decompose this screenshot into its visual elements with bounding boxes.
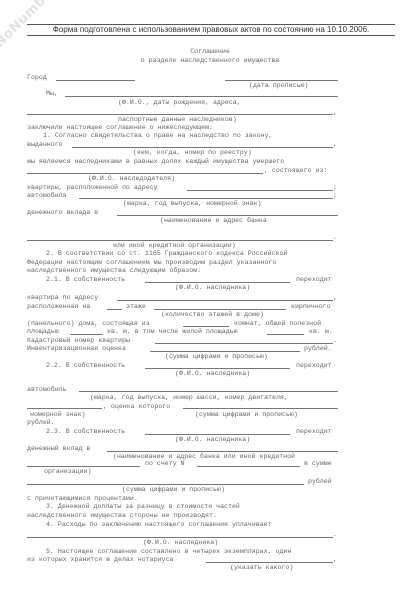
p3-text: 3. Денежной доплаты за разницу в стоимос… <box>46 503 240 511</box>
notary-hint: (указать какого) <box>230 564 293 572</box>
floor-field[interactable] <box>107 309 122 310</box>
apartment-label: квартиры, расположенной по адресу <box>27 184 158 192</box>
deposit-sum-field[interactable] <box>27 484 304 485</box>
area-label: площадью <box>27 328 59 336</box>
total-area-field[interactable] <box>70 334 103 335</box>
decedent-field[interactable] <box>27 173 263 174</box>
account-field[interactable] <box>197 466 300 467</box>
p23-label: 2.3. В собственность <box>46 428 125 436</box>
expenses-heir-field[interactable] <box>27 537 333 538</box>
inventory-field[interactable] <box>150 351 300 352</box>
p21-passes: переходит <box>296 276 332 284</box>
p23-bank-hint: (наименование и адрес банка или иной кре… <box>113 453 295 461</box>
p2-text-3: наследственного имущества следующим обра… <box>27 267 201 275</box>
p5-text-2: из которых хранится в делах нотариуса <box>27 556 173 564</box>
inventory-label: Инвентаризационная оценка <box>27 345 126 353</box>
deposit-sum-hint: (сумма цифрами и прописью) <box>122 486 225 494</box>
p21-apartment-label: квартира по адресу <box>27 294 98 302</box>
car-value-field[interactable] <box>183 408 338 409</box>
heirs-field[interactable] <box>65 96 338 97</box>
apartment-address-field[interactable] <box>187 190 333 191</box>
sqm-label: кв. м. <box>309 328 333 336</box>
p22-car-hint: (марка, год выпуска, номер шасси, номер … <box>90 394 288 402</box>
heirs-hint: (Ф.И.О., даты рождения, адреса, <box>118 99 241 107</box>
brick-label: кирпичного <box>291 303 331 311</box>
doc-subtitle: о разделе наследственного имущества <box>0 57 420 65</box>
certificate-hint: (кем, когда, номер по реестру) <box>133 149 252 157</box>
we-label: Мы, <box>46 90 58 98</box>
car-label: автомобиля <box>27 192 67 200</box>
p22-heir-hint: (Ф.И.О. наследника) <box>175 370 250 378</box>
in-sum-label: в сумме <box>304 460 332 468</box>
p21-floor-word: этаже <box>126 303 146 311</box>
consisting-text: , состоящего из: <box>264 167 327 175</box>
certificate-field[interactable] <box>72 147 333 148</box>
valued-text: , оценка которого <box>103 403 170 411</box>
city-label: Город <box>27 74 47 82</box>
p2-text-2: Федерации настоящим соглашением мы произ… <box>27 259 276 267</box>
p23-passes: переходит <box>296 428 332 436</box>
deposit-label: денежного вклада в <box>27 209 98 217</box>
p23-bank-field[interactable] <box>107 451 338 452</box>
car-field[interactable] <box>79 198 333 199</box>
p21-address-field[interactable] <box>117 300 333 301</box>
intro-text: заключили настоящее соглашение о нижесле… <box>27 124 213 132</box>
p23-heir-hint: (Ф.И.О. наследника) <box>175 436 250 444</box>
floors-count-field[interactable] <box>154 309 286 310</box>
p3-text-2: наследственного имущества стороны не про… <box>27 512 217 520</box>
rooms-label: (панельного) дома, состоящая из <box>27 320 150 328</box>
p23-bank-field-2[interactable] <box>27 466 140 467</box>
date-hint: (дата прописью) <box>249 82 308 90</box>
account-label: по счету N <box>145 460 185 468</box>
notary-field[interactable] <box>206 562 333 563</box>
p22-car-label: автомобиль <box>27 386 67 394</box>
p4-heir-hint: (Ф.И.О. наследника) <box>143 539 218 547</box>
p21-heir-hint: (Ф.И.О. наследника) <box>175 284 250 292</box>
p21-floor-label: расположенная на <box>27 303 90 311</box>
heirs-hint-2: паспортные данные наследников) <box>118 116 237 124</box>
p21-heir-field[interactable] <box>145 282 290 283</box>
heirs-field-2[interactable] <box>27 114 333 115</box>
p1-text: 1. Согласно свидетельства о праве на нас… <box>43 132 273 140</box>
org-hint: организации) <box>44 468 91 476</box>
inventory-hint: (сумма цифрами и прописью) <box>165 353 268 361</box>
interest-text: с причитающимися процентами. <box>27 495 138 503</box>
car-hint: (марка, год выпуска, номерной знак) <box>123 200 262 208</box>
p1-issued: выданного <box>27 141 63 149</box>
rubles-label-3: рублей <box>308 478 332 486</box>
document-page: NoNumbers.ru Форма подготовлена с исполь… <box>0 0 420 600</box>
date-field[interactable] <box>225 80 338 81</box>
form-header-note: Форма подготовлена с использованием прав… <box>27 24 395 36</box>
p22-label: 2.2. В собственность <box>46 362 125 370</box>
p22-heir-field[interactable] <box>145 368 290 369</box>
rooms-field[interactable] <box>183 326 229 327</box>
area-text: кв. м, в том числе жилой площадью <box>107 328 238 336</box>
p23-heir-field[interactable] <box>145 434 290 435</box>
rubles-label-2: рублей. <box>27 419 55 427</box>
plate-field[interactable] <box>27 408 102 409</box>
deposit-bank-field[interactable] <box>117 215 338 216</box>
rubles-label: рублей. <box>304 345 332 353</box>
bank-field-2[interactable] <box>27 240 333 241</box>
p21-label: 2.1. В собственность <box>46 276 125 284</box>
cadastral-field[interactable] <box>155 343 333 344</box>
rooms-text: комнат, общей полезной <box>234 320 321 328</box>
p2-text: 2. В соответствии со ст. 1165 Гражданско… <box>46 250 287 258</box>
plate-hint: номерной знак) <box>30 411 85 419</box>
bank-hint-2: или иной кредитной организации) <box>113 242 236 250</box>
cadastral-label: Кадастровый номер квартиры <box>27 337 130 345</box>
p22-car-field[interactable] <box>79 391 338 392</box>
city-field[interactable] <box>56 80 135 81</box>
car-value-hint: (сумма цифрами и прописью) <box>195 411 298 419</box>
doc-title: Соглашение <box>0 48 420 56</box>
p22-passes: переходит <box>296 362 332 370</box>
p1-text-2: мы являемся наследниками в равных долях … <box>27 158 284 166</box>
p4-text: 4. Расходы по заключению настоящего согл… <box>46 521 272 529</box>
p23-deposit-label: денежный вклад в <box>27 445 90 453</box>
floors-hint: (количество этажей в доме) <box>161 311 264 319</box>
bank-hint: (наименование и адрес банка <box>160 217 267 225</box>
p5-text: 5. Настоящее соглашение составлено в чет… <box>46 548 291 556</box>
living-area-field[interactable] <box>267 334 304 335</box>
decedent-hint: (Ф.И.О. наследодателя) <box>88 175 175 183</box>
